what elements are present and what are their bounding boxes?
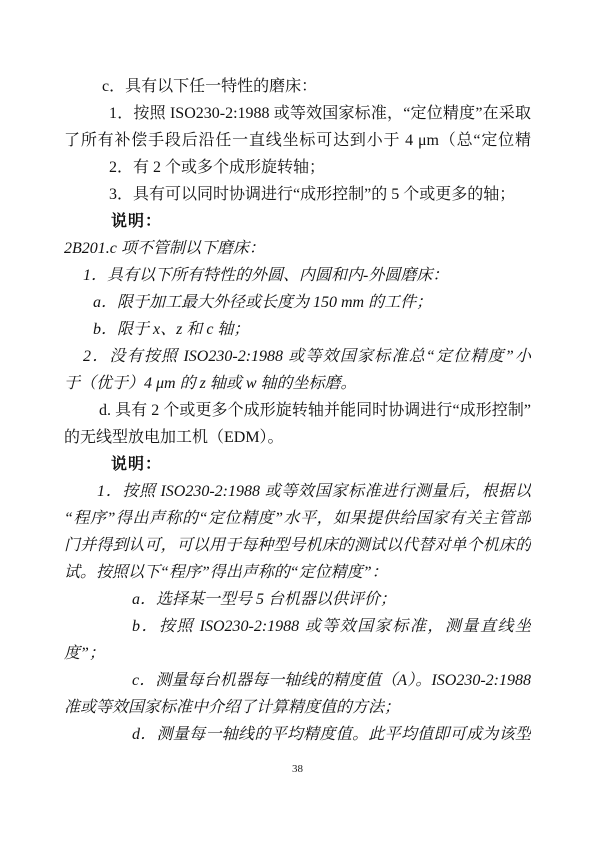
text-line: 3．具有可以同时协调进行“成形控制”的 5 个或更多的轴；: [64, 181, 531, 208]
text-line: 1．按照 ISO230-2:1988 或等效国家标准进行测量后，根据以下: [64, 478, 531, 505]
text-line: b．限于 x、z 和 c 轴；: [64, 316, 531, 343]
text-line: 2B201.c 项不管制以下磨床：: [64, 235, 531, 262]
text-line: 1．按照 ISO230-2:1988 或等效国家标准，“定位精度”在采取: [64, 100, 531, 127]
page-number: 38: [0, 762, 595, 776]
text-line: 2．没有按照 ISO230-2:1988 或等效国家标准总“定位精度”小: [64, 343, 531, 370]
explanation-heading: 说明：: [64, 208, 531, 235]
text-line: 度”；: [64, 640, 531, 667]
explanation-heading: 说明：: [64, 451, 531, 478]
text-line: 门并得到认可，可以用于每种型号机床的测试以代替对单个机床的测: [64, 532, 531, 559]
text-line: d. 具有 2 个或更多个成形旋转轴并能同时协调进行“成形控制”: [64, 397, 531, 424]
text-line: a．选择某一型号 5 台机器以供评价；: [64, 586, 531, 613]
text-line: c．测量每台机器每一轴线的精度值（A）。ISO230-2:1988 标: [64, 667, 531, 694]
text-line: 试。按照以下“程序”得出声称的“定位精度”：: [64, 559, 531, 586]
text-line: 2．有 2 个或多个成形旋转轴；: [64, 154, 531, 181]
text-line: d．测量每一轴线的平均精度值。此平均值即可成为该型号机: [64, 721, 531, 748]
text-line: b．按照 ISO230-2:1988 或等效国家标准，测量直线坐标“精: [64, 613, 531, 640]
text-line: c．具有以下任一特性的磨床：: [64, 73, 531, 100]
text-line: 于（优于）4 μm 的 z 轴或 w 轴的坐标磨。: [64, 370, 531, 397]
text-line: 的无线型放电加工机（EDM）。: [64, 424, 531, 451]
text-line: 准或等效国家标准中介绍了计算精度值的方法；: [64, 694, 531, 721]
document-page: c．具有以下任一特性的磨床： 1．按照 ISO230-2:1988 或等效国家标…: [0, 0, 595, 841]
text-line: 1．具有以下所有特性的外圆、内圆和内-外圆磨床：: [64, 262, 531, 289]
text-line: 了所有补偿手段后沿任一直线坐标可达到小于 4 μm（总“定位精度”）；: [64, 127, 531, 154]
text-line: a．限于加工最大外径或长度为 150 mm 的工件；: [64, 289, 531, 316]
text-line: “程序”得出声称的“定位精度”水平，如果提供给国家有关主管部: [64, 505, 531, 532]
document-body: c．具有以下任一特性的磨床： 1．按照 ISO230-2:1988 或等效国家标…: [64, 73, 531, 748]
